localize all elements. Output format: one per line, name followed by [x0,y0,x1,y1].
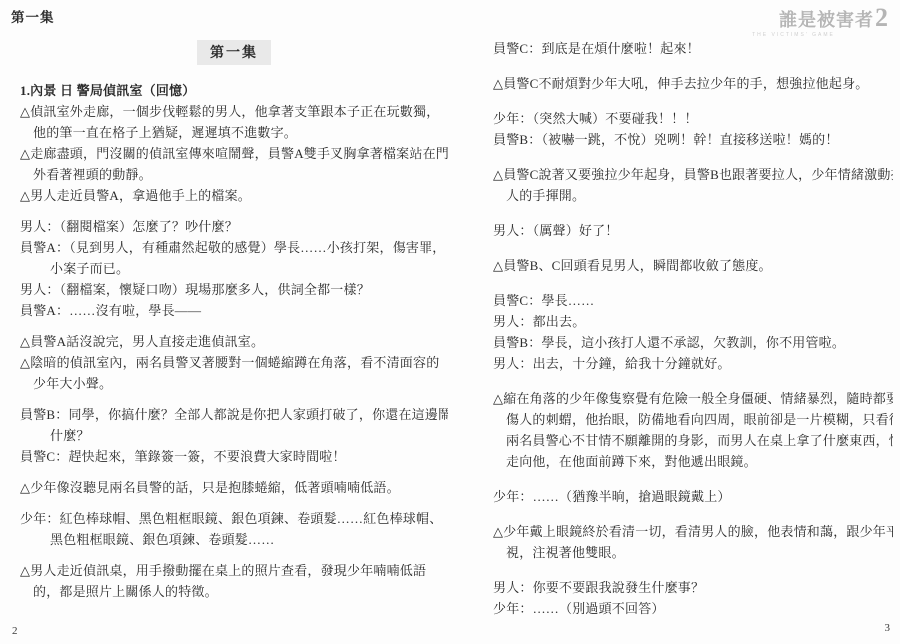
script-line-dcont: 黑色粗框眼鏡、銀色項鍊、卷頭髮…… [20,529,448,550]
script-line-dialogue: 男人：（翻檔案，懷疑口吻）現場那麼多人，供詞全都一樣？ [20,279,448,300]
blank-line [20,498,448,508]
blank-line [20,550,448,560]
script-line-action: △少年戴上眼鏡終於看清一切，看清男人的臉，他表情和藹，跟少年平 [493,521,893,542]
page-left: 第一集 1.內景 日 警局偵訊室（回憶）△偵訊室外走廊，一個步伐輕鬆的男人，他拿… [20,40,448,606]
script-line-action: △男人走近偵訊桌，用手撥動擺在桌上的照片查看，發現少年喃喃低語 [20,560,448,581]
blank-line [20,394,448,404]
blank-line [493,472,893,486]
script-line-cont: 人的手揮開。 [493,185,893,206]
script-line-action: △走廊盡頭，門沒關的偵訊室傳來喧鬧聲，員警A雙手叉胸拿著檔案站在門 [20,143,448,164]
blank-line [493,276,893,290]
script-line-cont: 走向他，在他面前蹲下來，對他遞出眼鏡。 [493,451,893,472]
script-line-dialogue: 員警B：學長，這小孩打人還不承認，欠教訓，你不用管啦。 [493,332,893,353]
script-line-dialogue: 少年：……（猶豫半晌，搶過眼鏡戴上） [493,486,893,507]
script-spread: 第一集 誰是被害者2 THE VICTIMS' GAME 第一集 1.內景 日 … [0,0,900,644]
blank-line [493,94,893,108]
script-line-dialogue: 員警B：同學，你搞什麼？全部人都說是你把人家頭打破了，你還在這邊鬧 [20,404,448,425]
script-line-dialogue: 員警A：……沒有啦，學長—— [20,300,448,321]
script-line-dialogue: 少年：……（別過頭不回答） [493,598,893,615]
script-line-action: △員警B、C回頭看見男人，瞬間都收斂了態度。 [493,255,893,276]
script-line-dialogue: 員警B：（被嚇一跳，不悅）兇咧！幹！直接移送啦！媽的！ [493,129,893,150]
blank-line [20,206,448,216]
script-line-action: △男人走近員警A，拿過他手上的檔案。 [20,185,448,206]
blank-line [20,467,448,477]
page-right: 員警C：到底是在煩什麼啦！起來！△員警C不耐煩對少年大吼，伸手去拉少年的手，想強… [493,30,893,615]
script-line-dialogue: 男人：你要不要跟我說發生什麼事？ [493,577,893,598]
script-line-action: △縮在角落的少年像隻察覺有危險一般全身僵硬、情緒暴烈，隨時都要刺 [493,388,893,409]
page-number-right: 3 [885,622,891,634]
script-line-dialogue: 男人：（翻閱檔案）怎麼了？吵什麼？ [20,216,448,237]
script-line-action: △少年像沒聽見兩名員警的話，只是抱膝蜷縮，低著頭喃喃低語。 [20,477,448,498]
script-line-dialogue: 男人：都出去。 [493,311,893,332]
script-line-dialogue: 少年：（突然大喊）不要碰我！！！ [493,108,893,129]
script-line-dialogue: 少年：紅色棒球帽、黑色粗框眼鏡、銀色項鍊、卷頭髮……紅色棒球帽、 [20,508,448,529]
script-line-dcont: 小案子而已。 [20,258,448,279]
script-line-cont: 視，注視著他雙眼。 [493,542,893,563]
episode-title: 第一集 [197,40,271,65]
script-line-dialogue: 員警C：學長…… [493,290,893,311]
script-line-dialogue: 員警C：到底是在煩什麼啦！起來！ [493,38,893,59]
blank-line [493,59,893,73]
blank-line [20,321,448,331]
left-page-lines: 1.內景 日 警局偵訊室（回憶）△偵訊室外走廊，一個步伐輕鬆的男人，他拿著支筆跟… [20,80,448,602]
script-line-dialogue: 男人：（厲聲）好了！ [493,220,893,241]
script-line-cont: 兩名員警心不甘情不願離開的身影，而男人在桌上拿了什麼東西，慢慢 [493,430,893,451]
script-line-action: △員警A話沒說完，男人直接走進偵訊室。 [20,331,448,352]
blank-line [493,563,893,577]
page-number-left: 2 [12,625,18,637]
script-line-action: △陰暗的偵訊室內，兩名員警叉著腰對一個蜷縮蹲在角落，看不清面容的 [20,352,448,373]
blank-line [493,206,893,220]
blank-line [493,507,893,521]
script-line-cont: 傷人的刺蝟，他抬眼，防備地看向四周，眼前卻是一片模糊，只看得見 [493,409,893,430]
show-logo-title: 誰是被害者 [779,10,874,30]
blank-line [493,374,893,388]
script-line-scene: 1.內景 日 警局偵訊室（回憶） [20,80,448,101]
show-logo-wordmark: 誰是被害者2 [779,5,888,31]
script-line-cont: 少年大小聲。 [20,373,448,394]
script-line-action: △員警C不耐煩對少年大吼，伸手去拉少年的手，想強拉他起身。 [493,73,893,94]
script-line-dcont: 什麼？ [20,425,448,446]
script-line-cont: 他的筆一直在格子上猶疑，遲遲填不進數字。 [20,122,448,143]
show-logo-number: 2 [875,3,888,32]
script-line-action: △員警C說著又要強拉少年起身，員警B也跟著要拉人，少年情緒激動把兩 [493,164,893,185]
episode-title-wrap: 第一集 [20,40,448,62]
blank-line [493,150,893,164]
script-line-action: △偵訊室外走廊，一個步伐輕鬆的男人，他拿著支筆跟本子正在玩數獨， [20,101,448,122]
right-page-lines: 員警C：到底是在煩什麼啦！起來！△員警C不耐煩對少年大吼，伸手去拉少年的手，想強… [493,30,893,615]
script-line-cont: 的，都是照片上關係人的特徵。 [20,581,448,602]
script-line-dialogue: 男人：出去，十分鐘，給我十分鐘就好。 [493,353,893,374]
blank-line [493,241,893,255]
script-line-dialogue: 員警A：（見到男人，有種肅然起敬的感覺）學長……小孩打架，傷害罪， [20,237,448,258]
script-line-dialogue: 員警C：趕快起來，筆錄簽一簽，不要浪費大家時間啦！ [20,446,448,467]
script-line-cont: 外看著裡頭的動靜。 [20,164,448,185]
episode-corner-header: 第一集 [11,6,55,26]
